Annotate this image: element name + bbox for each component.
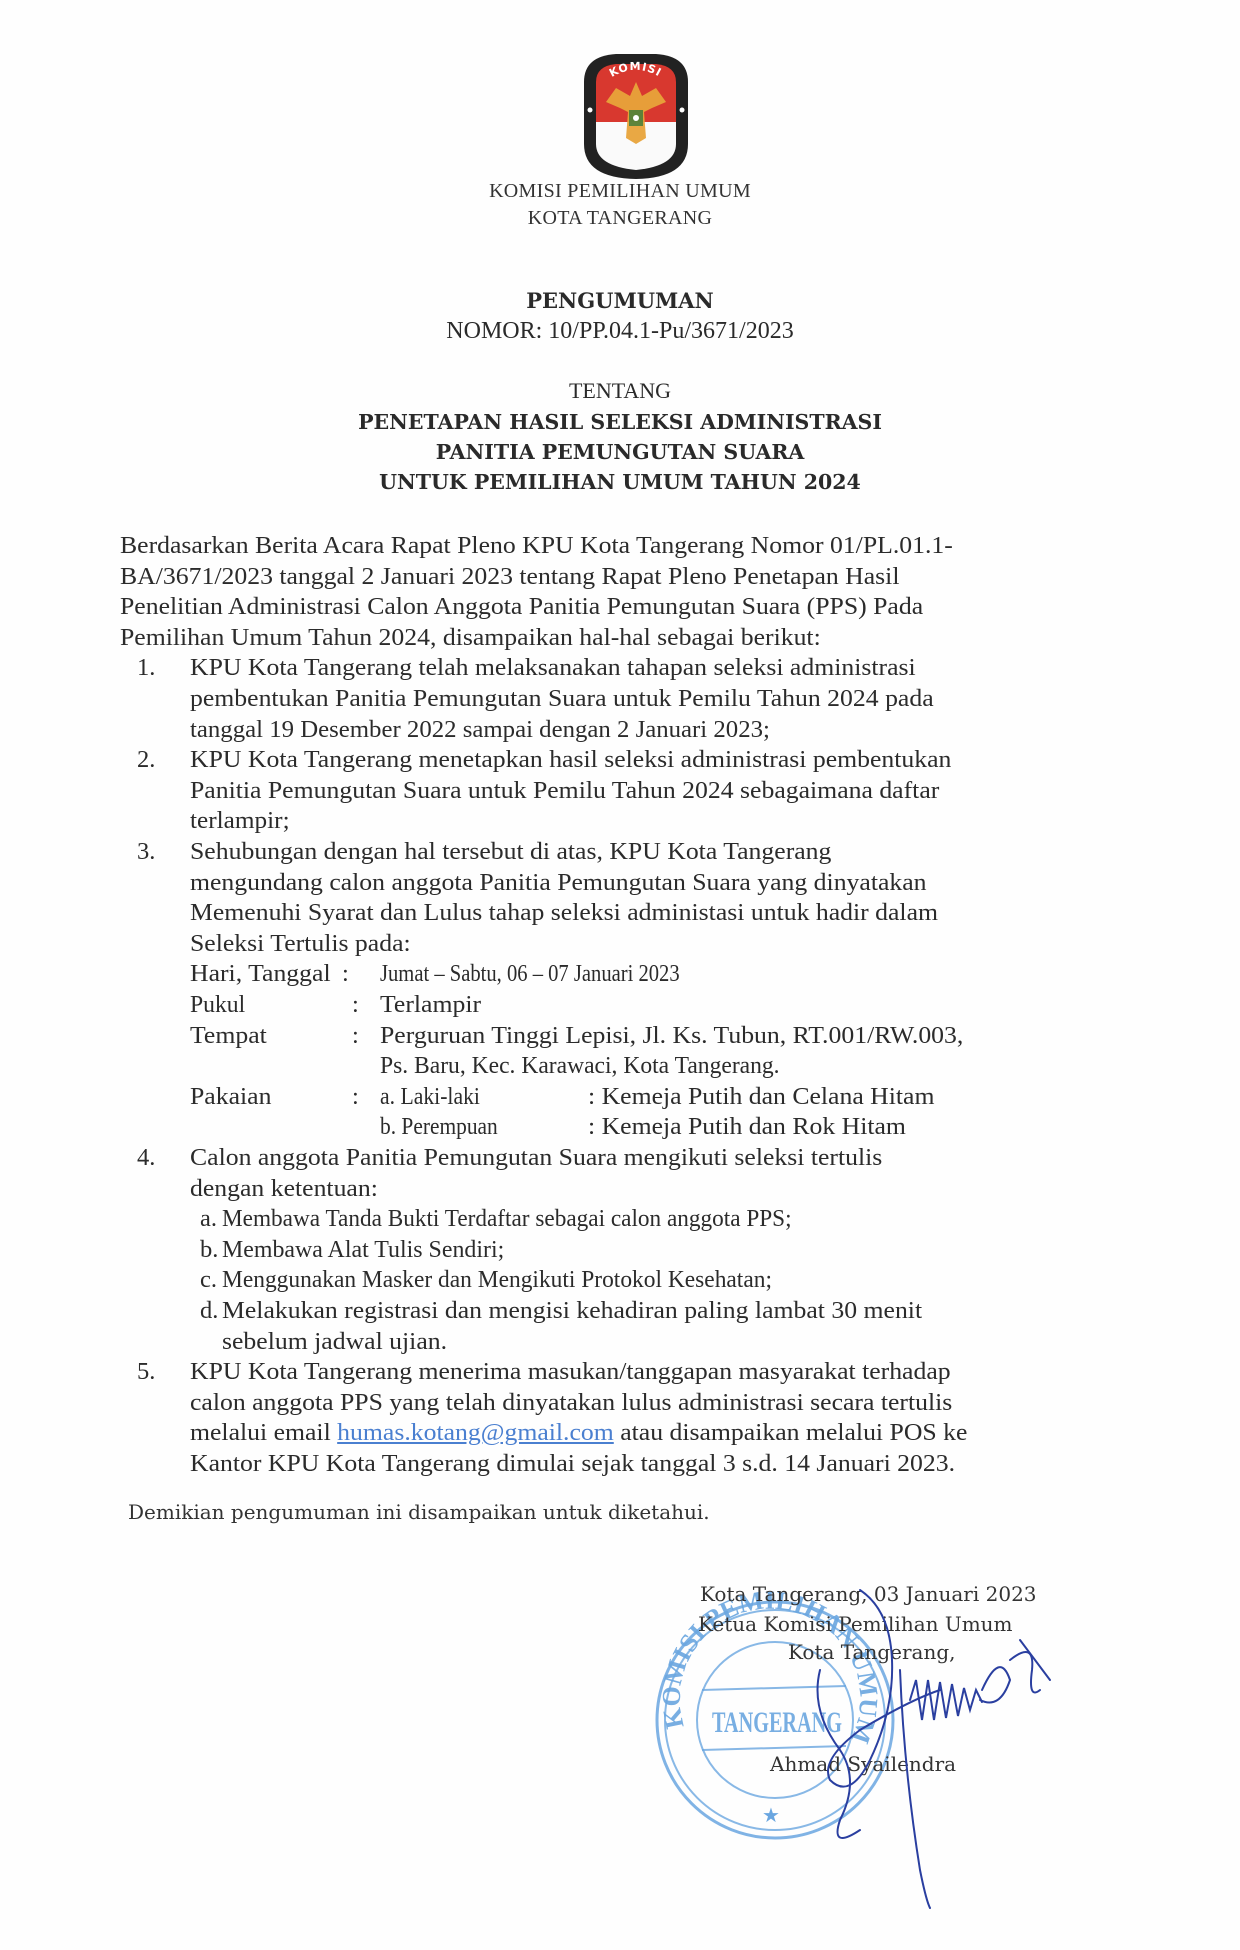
kpu-logo-icon: KOMISI	[576, 52, 696, 180]
subitem-letter: b.	[200, 1236, 218, 1264]
schedule-day-value: Jumat – Sabtu, 06 – 07 Januari 2023	[380, 960, 680, 988]
item-1-line: pembentukan Panitia Pemungutan Suara unt…	[190, 685, 934, 713]
dress-female-value: : Kemeja Putih dan Rok Hitam	[588, 1113, 906, 1141]
item-2-line: Panitia Pemungutan Suara untuk Pemilu Ta…	[190, 777, 939, 805]
item-3-line: Sehubungan dengan hal tersebut di atas, …	[190, 838, 831, 866]
subitem-letter: a.	[200, 1205, 217, 1233]
subitem-letter: c.	[200, 1266, 217, 1294]
item-4-line: Calon anggota Panitia Pemungutan Suara m…	[190, 1144, 882, 1172]
colon: :	[352, 1083, 359, 1111]
subitem-line: Menggunakan Masker dan Mengikuti Protoko…	[222, 1266, 772, 1294]
item-5-line: Kantor KPU Kota Tangerang dimulai sejak …	[190, 1450, 955, 1478]
item-3-line: Memenuhi Syarat dan Lulus tahap seleksi …	[190, 899, 938, 927]
item-5-line: calon anggota PPS yang telah dinyatakan …	[190, 1389, 952, 1417]
item-1-line: tanggal 19 Desember 2022 sampai dengan 2…	[190, 716, 770, 744]
schedule-place-value: Perguruan Tinggi Lepisi, Jl. Ks. Tubun, …	[380, 1022, 963, 1050]
schedule-time-value: Terlampir	[380, 991, 481, 1019]
item-2-line: terlampir;	[190, 807, 290, 835]
item-4-line: dengan ketentuan:	[190, 1175, 378, 1203]
intro-line: BA/3671/2023 tanggal 2 Januari 2023 tent…	[120, 563, 899, 591]
text: melalui email	[190, 1419, 337, 1446]
org-city: KOTA TANGERANG	[0, 207, 1240, 230]
org-name: KOMISI PEMILIHAN UMUM	[0, 180, 1240, 203]
subitem-line: Melakukan registrasi dan mengisi kehadir…	[222, 1297, 922, 1325]
intro-line: Penelitian Administrasi Calon Anggota Pa…	[120, 593, 923, 621]
item-number: 3.	[137, 838, 155, 866]
handwritten-signature-icon	[800, 1570, 1100, 1910]
document-heading: PENGUMUMAN	[0, 288, 1240, 313]
item-number: 5.	[137, 1358, 155, 1386]
item-number: 4.	[137, 1144, 155, 1172]
email-link[interactable]: humas.kotang@gmail.com	[337, 1419, 614, 1446]
document-page: KOMISI KOMISI PEMILIHAN UMUM KOTA TANGER…	[0, 0, 1240, 1950]
item-number: 2.	[137, 746, 155, 774]
dress-female-label: b. Perempuan	[380, 1113, 498, 1141]
intro-line: Pemilihan Umum Tahun 2024, disampaikan h…	[120, 624, 821, 652]
colon: :	[352, 1022, 359, 1050]
document-number: NOMOR: 10/PP.04.1-Pu/3671/2023	[0, 318, 1240, 345]
schedule-place-value: Ps. Baru, Kec. Karawaci, Kota Tangerang.	[380, 1052, 780, 1080]
dress-male-value: : Kemeja Putih dan Celana Hitam	[588, 1083, 934, 1111]
schedule-time-label: Pukul	[190, 991, 245, 1019]
item-3-line: Seleksi Tertulis pada:	[190, 930, 411, 958]
subitem-line: Membawa Tanda Bukti Terdaftar sebagai ca…	[222, 1205, 792, 1233]
text: atau disampaikan melalui POS ke	[614, 1419, 968, 1446]
svg-text:★: ★	[762, 1803, 780, 1827]
about-label: TENTANG	[0, 378, 1240, 404]
subject-line: PANITIA PEMUNGUTAN SUARA	[0, 440, 1240, 464]
item-3-line: mengundang calon anggota Panitia Pemungu…	[190, 869, 927, 897]
colon: :	[352, 991, 359, 1019]
intro-line: Berdasarkan Berita Acara Rapat Pleno KPU…	[120, 532, 953, 560]
schedule-place-label: Tempat	[190, 1022, 267, 1050]
subitem-line: sebelum jadwal ujian.	[222, 1328, 447, 1356]
item-5-line: KPU Kota Tangerang menerima masukan/tang…	[190, 1358, 951, 1386]
subject-line: PENETAPAN HASIL SELEKSI ADMINISTRASI	[0, 410, 1240, 434]
schedule-day-label: Hari, Tanggal	[190, 960, 331, 988]
colon: :	[342, 960, 349, 988]
schedule-dress-label: Pakaian	[190, 1083, 271, 1111]
item-1-line: KPU Kota Tangerang telah melaksanakan ta…	[190, 654, 916, 682]
closing-statement: Demikian pengumuman ini disampaikan untu…	[128, 1500, 710, 1524]
subitem-letter: d.	[200, 1297, 218, 1325]
item-2-line: KPU Kota Tangerang menetapkan hasil sele…	[190, 746, 951, 774]
item-5-email-line: melalui email humas.kotang@gmail.com ata…	[190, 1419, 967, 1447]
dress-male-label: a. Laki-laki	[380, 1083, 480, 1111]
item-number: 1.	[137, 654, 155, 682]
subject-line: UNTUK PEMILIHAN UMUM TAHUN 2024	[0, 470, 1240, 494]
subitem-line: Membawa Alat Tulis Sendiri;	[222, 1236, 504, 1264]
